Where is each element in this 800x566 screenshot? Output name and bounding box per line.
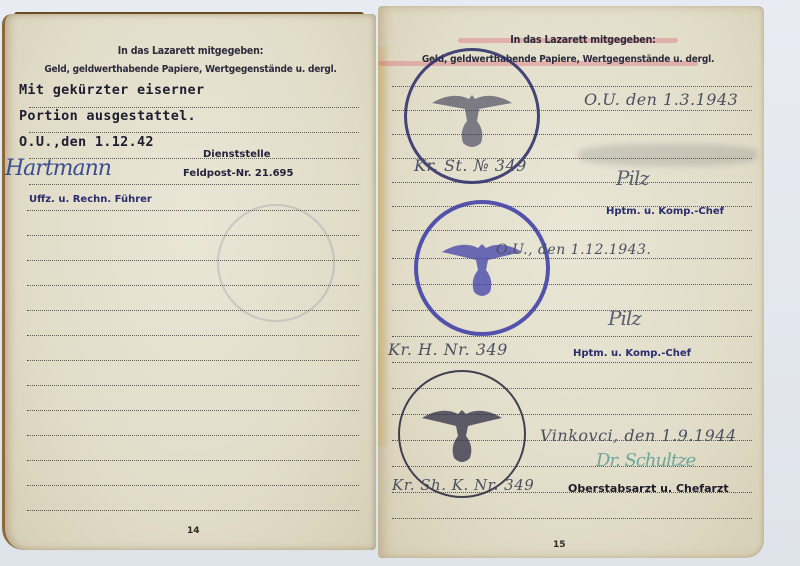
typed-line-2: Portion ausgestattel.	[19, 108, 196, 124]
reference-2: Kr. H. Nr. 349	[388, 340, 508, 359]
signature-3: Dr. Schultze	[596, 450, 695, 471]
signature-1: Pilz	[616, 166, 649, 190]
dotted-rule	[29, 132, 359, 133]
pencil-smudge	[578, 144, 758, 166]
left-page: In das Lazarett mitgegeben: Geld, geldwe…	[2, 14, 376, 550]
paybook-booklet: In das Lazarett mitgegeben: Geld, geldwe…	[0, 0, 800, 566]
dienststelle-label: Dienststelle	[203, 149, 271, 160]
signer-title-3: Oberstabsarzt u. Chefarzt	[568, 482, 729, 495]
left-header-line2: Geld, geldwerthabende Papiere, Wertgegen…	[5, 64, 376, 75]
place-date-3: Vinkovci, den 1.9.1944	[540, 426, 737, 445]
eagle-emblem-icon	[418, 204, 546, 332]
signer-title-left: Uffz. u. Rechn. Führer	[29, 194, 152, 205]
reference-1: Kr. St. № 349	[414, 156, 527, 175]
signer-title-2: Hptm. u. Komp.-Chef	[573, 348, 691, 359]
left-header-line1: In das Lazarett mitgegeben:	[5, 45, 376, 57]
feldpost-number: Feldpost-Nr. 21.695	[183, 168, 293, 179]
official-stamp-2	[414, 200, 550, 336]
page-number-right: 15	[553, 540, 566, 550]
right-page: In das Lazarett mitgegeben: Geld, geldwe…	[378, 6, 764, 558]
typed-line-3: O.U.,den 1.12.42	[19, 134, 154, 150]
page-number-left: 14	[187, 526, 200, 536]
dotted-rule	[29, 184, 359, 185]
faint-ghost-stamp	[217, 204, 335, 322]
place-date-2: O.U., den 1.12.1943.	[496, 242, 651, 258]
signer-title-1: Hptm. u. Komp.-Chef	[606, 206, 724, 217]
right-header-line1: In das Lazarett mitgegeben:	[433, 34, 733, 46]
typed-line-1: Mit gekürzter eiserner	[19, 82, 204, 98]
signature-hartmann: Hartmann	[5, 156, 111, 181]
reference-3: Kr. Sh. K. Nr. 349	[392, 476, 534, 494]
signature-2: Pilz	[608, 306, 641, 330]
place-date-1: O.U. den 1.3.1943	[584, 90, 738, 109]
